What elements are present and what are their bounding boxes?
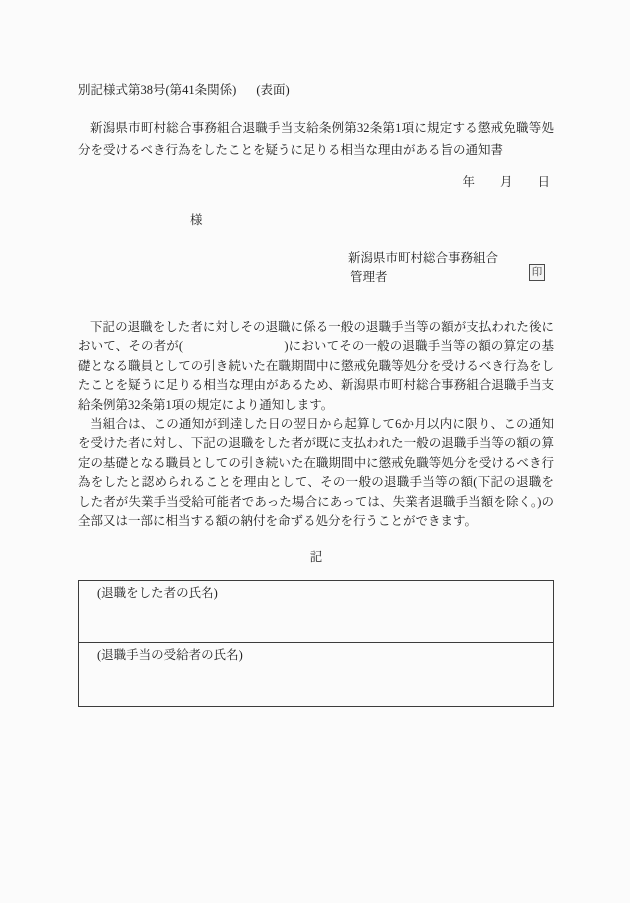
body-text: 下記の退職をした者に対しその退職に係る一般の退職手当等の額が支払われた後において… bbox=[78, 318, 554, 531]
form-number-line: 別記様式第38号(第41条関係)(表面) bbox=[78, 80, 290, 98]
recipient-name-cell: (退職手当の受給者の氏名) bbox=[79, 643, 554, 707]
table-row-retiree: (退職をした者の氏名) bbox=[79, 581, 554, 643]
date-line: 年 月 日 bbox=[78, 172, 550, 190]
retiree-name-label: (退職をした者の氏名) bbox=[97, 585, 545, 602]
recipient-name-label: (退職手当の受給者の氏名) bbox=[97, 647, 545, 664]
body-paragraph-2: 当組合は、この通知が到達した日の翌日から起算して6か月以内に限り、この通知を受け… bbox=[78, 415, 554, 531]
form-number: 別記様式第38号(第41条関係) bbox=[78, 83, 236, 97]
seal-stamp-placeholder: 印 bbox=[529, 264, 545, 281]
addressee-honorific: 様 bbox=[190, 210, 203, 228]
document-page: 別記様式第38号(第41条関係)(表面) 新潟県市町村総合事務組合退職手当支給条… bbox=[0, 0, 630, 903]
sender-organization: 新潟県市町村総合事務組合 bbox=[348, 248, 498, 266]
sender-title: 管理者 bbox=[350, 267, 388, 285]
face-label: (表面) bbox=[256, 83, 289, 97]
retiree-name-cell: (退職をした者の氏名) bbox=[79, 581, 554, 643]
names-table: (退職をした者の氏名) (退職手当の受給者の氏名) bbox=[78, 580, 554, 707]
record-heading: 記 bbox=[78, 547, 554, 565]
document-title: 新潟県市町村総合事務組合退職手当支給条例第32条第1項に規定する懲戒免職等処分を… bbox=[78, 118, 554, 161]
body-paragraph-1: 下記の退職をした者に対しその退職に係る一般の退職手当等の額が支払われた後において… bbox=[78, 318, 554, 415]
table-row-recipient: (退職手当の受給者の氏名) bbox=[79, 643, 554, 707]
